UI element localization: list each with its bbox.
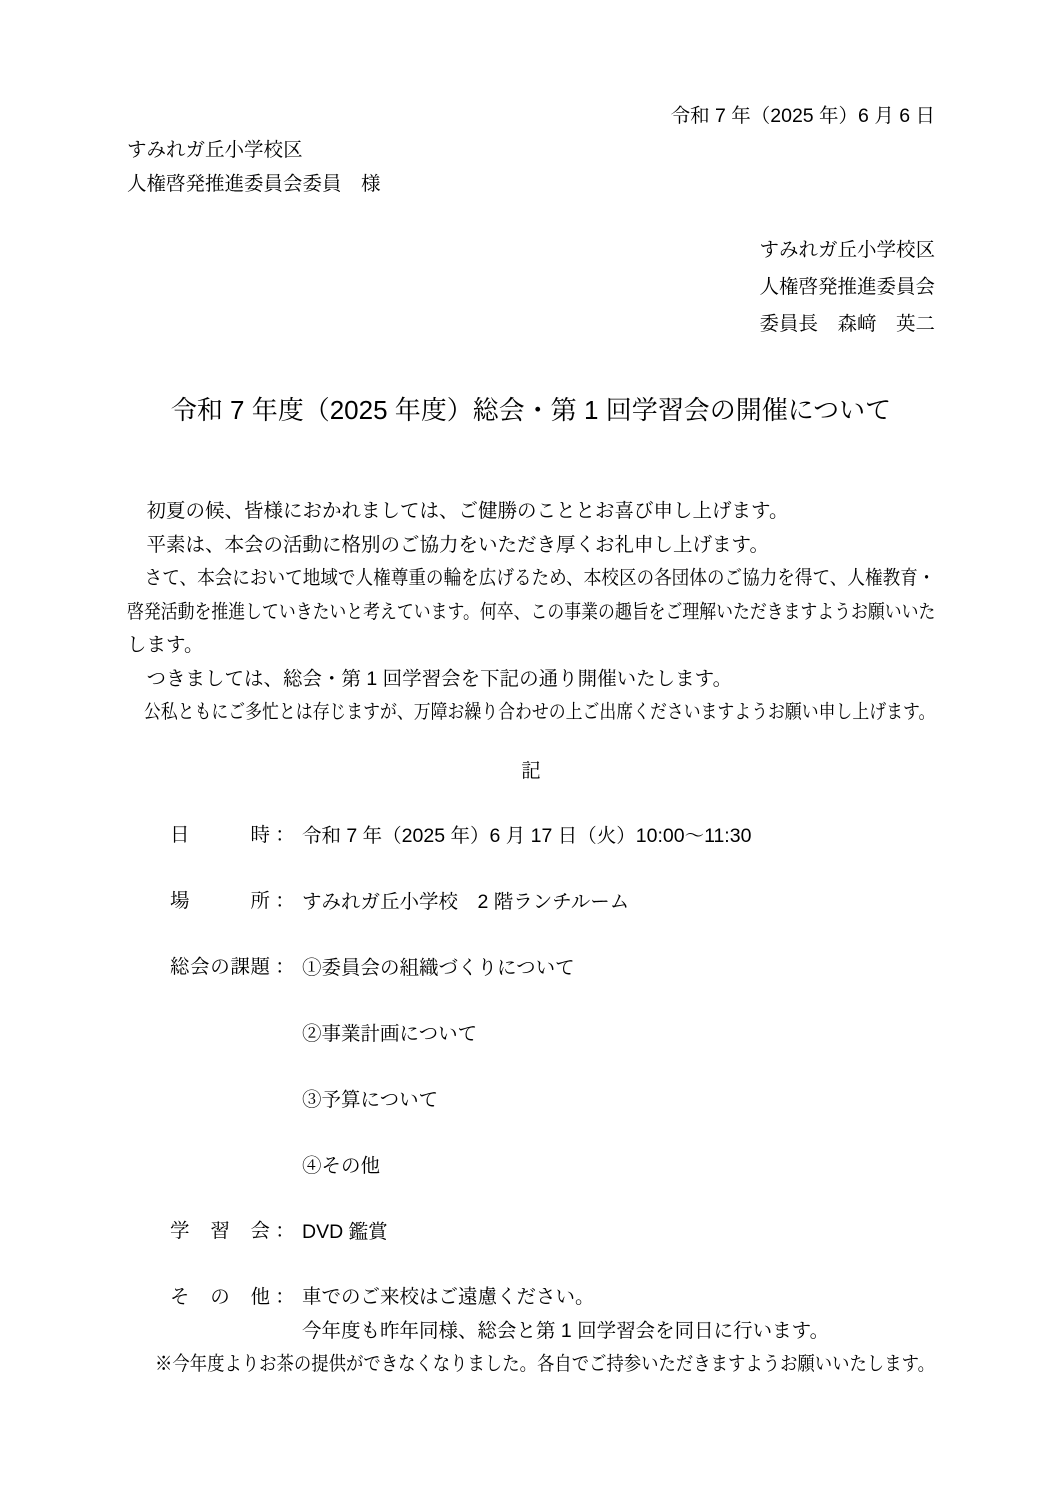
detail-colon: ： bbox=[270, 885, 300, 919]
detail-label bbox=[170, 1017, 270, 1051]
detail-label: 日時 bbox=[170, 819, 270, 853]
detail-value-line: 今年度も昨年同様、総会と第 1 回学習会を同日に行います。 bbox=[302, 1315, 829, 1349]
detail-row-agenda-item: ： ③予算について bbox=[127, 1083, 935, 1117]
detail-row-study: 学習会 ： DVD 鑑賞 bbox=[127, 1215, 935, 1249]
detail-colon: ： bbox=[270, 819, 300, 853]
document-page: 令和 7 年（2025 年）6 月 6 日 すみれガ丘小学校区 人権啓発推進委員… bbox=[0, 0, 1058, 1497]
body-line: します。 bbox=[127, 629, 935, 663]
body-line: 公私ともにご多忙とは存じますが、万障お繰り合わせの上ご出席くださいますようお願い… bbox=[127, 696, 826, 730]
body-line: 啓発活動を推進していきたいと考えています。何卒、この事業の趣旨をご理解いただきま… bbox=[127, 596, 826, 630]
sender-block: すみれガ丘小学校区 人権啓発推進委員会 委員長 森﨑 英二 bbox=[127, 232, 935, 343]
detail-label bbox=[170, 1149, 270, 1183]
sender-line: 人権啓発推進委員会 bbox=[127, 269, 935, 306]
sender-line: 委員長 森﨑 英二 bbox=[127, 306, 935, 343]
detail-value: すみれガ丘小学校 2 階ランチルーム bbox=[302, 885, 629, 919]
addressee-block: すみれガ丘小学校区 人権啓発推進委員会委員 様 bbox=[127, 133, 935, 201]
detail-row-place: 場所 ： すみれガ丘小学校 2 階ランチルーム bbox=[127, 885, 935, 919]
detail-value: DVD 鑑賞 bbox=[302, 1215, 388, 1249]
detail-colon: ： bbox=[270, 951, 300, 985]
notice-details: 日時 ： 令和 7 年（2025 年）6 月 17 日（火）10:00～11:3… bbox=[127, 819, 935, 1382]
body-line: さて、本会において地域で人権尊重の輪を広げるため、本校区の各団体のご協力を得て、… bbox=[127, 562, 856, 596]
detail-row-agenda: 総会の課題 ： ①委員会の組織づくりについて bbox=[127, 951, 935, 985]
detail-label bbox=[170, 1083, 270, 1117]
detail-value: 車でのご来校はご遠慮ください。 今年度も昨年同様、総会と第 1 回学習会を同日に… bbox=[302, 1281, 829, 1348]
document-date: 令和 7 年（2025 年）6 月 6 日 bbox=[127, 99, 935, 133]
detail-colon: ： bbox=[270, 1215, 300, 1249]
detail-row-agenda-item: ： ②事業計画について bbox=[127, 1017, 935, 1051]
addressee-line: すみれガ丘小学校区 bbox=[127, 133, 935, 167]
body-line: つきましては、総会・第 1 回学習会を下記の通り開催いたします。 bbox=[127, 663, 935, 697]
detail-label: その他 bbox=[170, 1281, 270, 1348]
detail-label: 学習会 bbox=[170, 1215, 270, 1249]
notice-note: ※今年度よりお茶の提供ができなくなりました。各自でご持参いただきますようお願いい… bbox=[155, 1348, 850, 1382]
document-content: 令和 7 年（2025 年）6 月 6 日 すみれガ丘小学校区 人権啓発推進委員… bbox=[127, 0, 935, 1382]
detail-value: ①委員会の組織づくりについて bbox=[302, 951, 575, 985]
detail-colon: ： bbox=[270, 1281, 300, 1348]
addressee-line: 人権啓発推進委員会委員 様 bbox=[127, 167, 935, 201]
detail-row-datetime: 日時 ： 令和 7 年（2025 年）6 月 17 日（火）10:00～11:3… bbox=[127, 819, 935, 853]
detail-value-line: 車でのご来校はご遠慮ください。 bbox=[302, 1281, 829, 1315]
body-line: 平素は、本会の活動に格別のご協力をいただき厚くお礼申し上げます。 bbox=[127, 529, 935, 563]
body-line: 初夏の候、皆様におかれましては、ご健勝のこととお喜び申し上げます。 bbox=[127, 495, 935, 529]
detail-value: ④その他 bbox=[302, 1149, 380, 1183]
notice-heading: 記 bbox=[127, 755, 935, 789]
detail-value: ③予算について bbox=[302, 1083, 438, 1117]
sender-line: すみれガ丘小学校区 bbox=[127, 232, 935, 269]
detail-value: 令和 7 年（2025 年）6 月 17 日（火）10:00～11:30 bbox=[302, 819, 751, 853]
detail-label: 場所 bbox=[170, 885, 270, 919]
detail-row-other: その他 ： 車でのご来校はご遠慮ください。 今年度も昨年同様、総会と第 1 回学… bbox=[127, 1281, 935, 1348]
detail-label: 総会の課題 bbox=[170, 951, 270, 985]
detail-row-agenda-item: ： ④その他 bbox=[127, 1149, 935, 1183]
body-text: 初夏の候、皆様におかれましては、ご健勝のこととお喜び申し上げます。 平素は、本会… bbox=[127, 495, 935, 730]
document-title: 令和 7 年度（2025 年度）総会・第 1 回学習会の開催について bbox=[127, 389, 935, 431]
detail-value: ②事業計画について bbox=[302, 1017, 477, 1051]
